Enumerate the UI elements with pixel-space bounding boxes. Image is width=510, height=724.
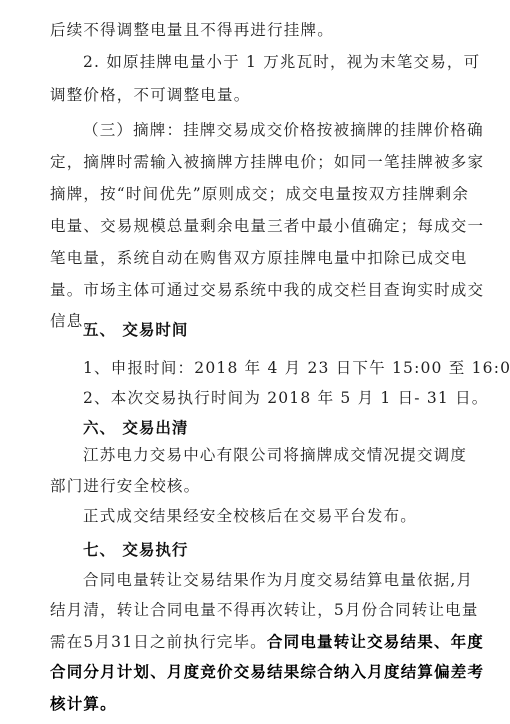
paragraph-line: 调整价格，不可调整电量。 [50,85,463,105]
section-heading: 七、 交易执行 [83,540,463,560]
paragraph-line: 后续不得调整电量且不得再进行挂牌。 [50,20,463,40]
paragraph-line: 量。市场主体可通过交易系统中我的成交栏目查询实时成交 [50,280,463,300]
paragraph-line: 摘牌，按“时间优先”原则成交；成交电量按双方挂牌剩余 [50,184,463,204]
paragraph-line-bold: 合同分月计划、月度竞价交易结果综合纳入月度结算偏差考 [50,662,463,682]
list-item: 1、申报时间：2018 年 4 月 23 日下午 15:00 至 16:00。 [83,358,463,378]
paragraph-line: 电量、交易规模总量剩余电量三者中最小值确定；每成交一 [50,216,463,236]
paragraph-line: 笔电量，系统自动在购售双方原挂牌电量中扣除已成交电 [50,248,463,268]
paragraph-line: 江苏电力交易中心有限公司将摘牌成交情况提交调度 [83,445,463,465]
section-heading: 六、 交易出清 [83,418,463,438]
paragraph-line: 部门进行安全校核。 [50,476,463,496]
bold-text: 合同电量转让交易结果、年度 [267,632,484,651]
paragraph-line: 定，摘牌时需输入被摘牌方挂牌电价；如同一笔挂牌被多家 [50,152,463,172]
paragraph-line-bold: 核计算。 [50,694,463,714]
paragraph-line: （三）摘牌：挂牌交易成交价格按被摘牌的挂牌价格确 [83,120,463,140]
paragraph-line: 合同电量转让交易结果作为月度交易结算电量依据,月 [83,570,463,590]
normal-text: 需在5月31日之前执行完毕。 [50,633,267,651]
paragraph-line: 结月清，转让合同电量不得再次转让，5月份合同转让电量 [50,600,463,620]
section-heading: 五、 交易时间 [83,320,463,340]
list-item: 2、本次交易执行时间为 2018 年 5 月 1 日- 31 日。 [83,388,463,408]
paragraph-line: 2. 如原挂牌电量小于 1 万兆瓦时，视为末笔交易，可 [83,52,463,72]
paragraph-line: 正式成交结果经安全校核后在交易平台发布。 [83,506,463,526]
paragraph-line: 需在5月31日之前执行完毕。合同电量转让交易结果、年度 [50,632,463,652]
